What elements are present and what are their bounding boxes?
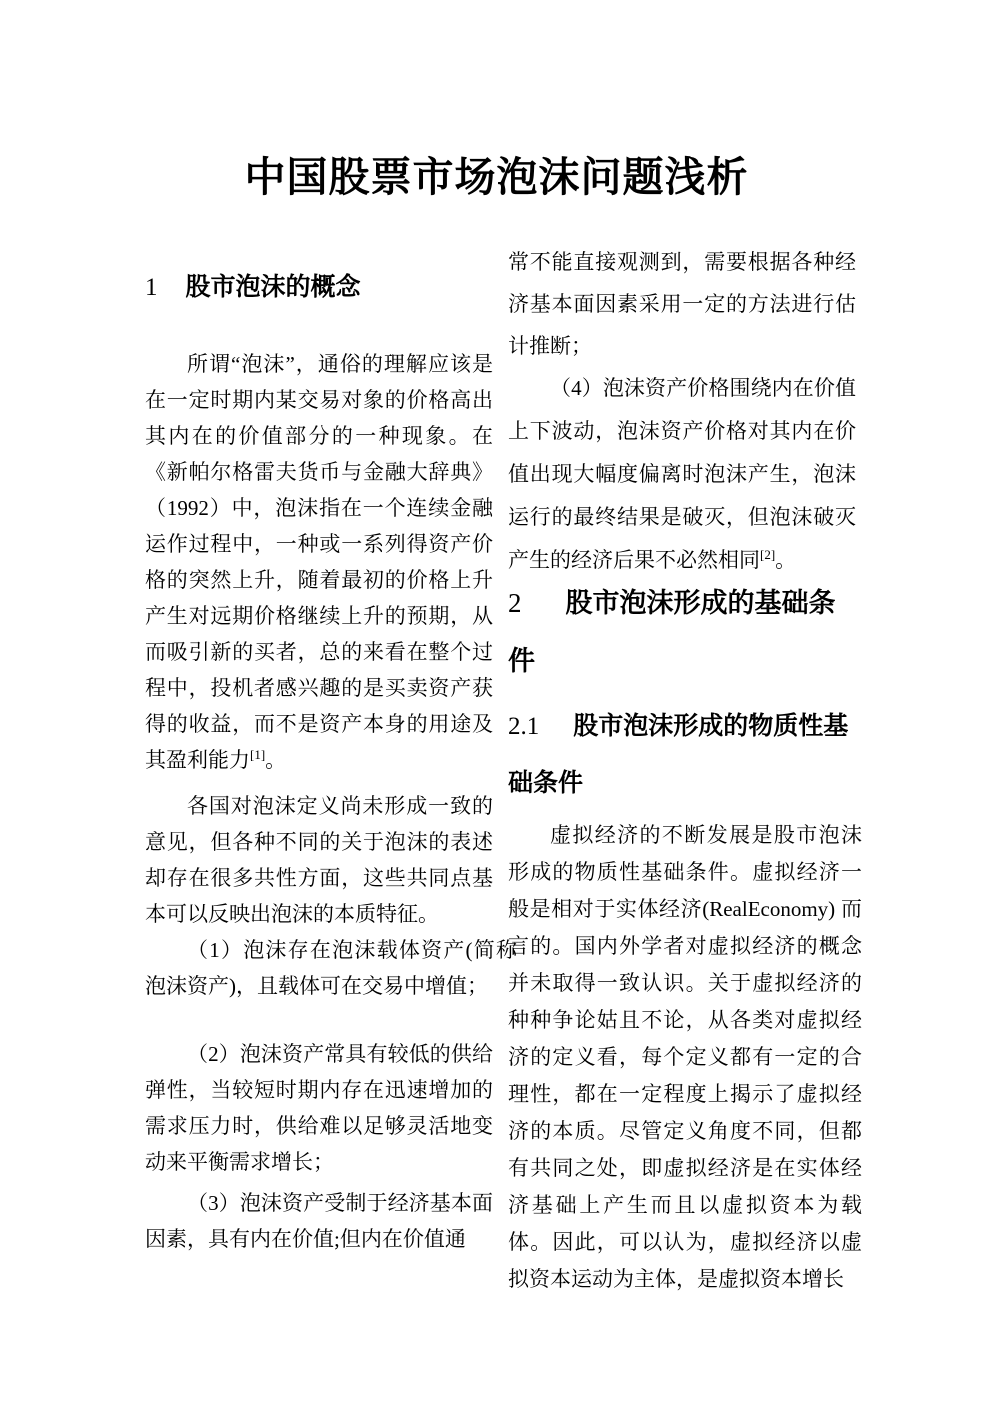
section-2-number: 2 [508,588,522,618]
document-title: 中国股票市场泡沫问题浅析 [0,148,993,206]
paragraph-text-after: 。 [265,748,286,772]
section-2-1-number: 2.1 [508,713,539,740]
section-2-title: 股市泡沫形成的基础条件 [508,588,836,676]
list-item-3: （3）泡沫资产受制于经济基本面因素，具有内在价值;但内在价值通 [145,1185,493,1257]
section-2-heading: 2股市泡沫形成的基础条件 [508,574,856,690]
paragraph-text-after: 。 [775,548,796,572]
list-item-2: （2）泡沫资产常具有较低的供给弹性，当较短时期内存在迅速增加的需求压力时，供给难… [145,1036,493,1180]
section-1-heading: 1股市泡沫的概念 [145,271,493,304]
document-page: 中国股票市场泡沫问题浅析 1股市泡沫的概念 所谓“泡沫”，通俗的理解应该是在一定… [0,0,993,1404]
section-1-title: 股市泡沫的概念 [186,273,361,301]
list-item-3-continuation: 常不能直接观测到，需要根据各种经济基本面因素采用一定的方法进行估计推断； [508,241,856,367]
paragraph-bubble-definition: 所谓“泡沫”，通俗的理解应该是在一定时期内某交易对象的价格高出其内在的价值部分的… [145,346,493,778]
list-item-1: （1）泡沫存在泡沫载体资产(简称泡沫资产)，且载体可在交易中增值； [145,932,517,1004]
section-1-number: 1 [145,274,158,301]
paragraph-common-features: 各国对泡沫定义尚未形成一致的意见，但各种不同的关于泡沫的表述却存在很多共性方面，… [145,788,493,932]
footnote-ref-1: [1] [250,747,265,762]
list-item-4: （4）泡沫资产价格围绕内在价值上下波动，泡沫资产价格对其内在价值出现大幅度偏离时… [508,367,856,582]
section-2-1-heading: 2.1股市泡沫形成的物质性基础条件 [508,698,856,811]
paragraph-text: （4）泡沫资产价格围绕内在价值上下波动，泡沫资产价格对其内在价值出现大幅度偏离时… [508,376,856,572]
footnote-ref-2: [2] [760,547,775,562]
column-left: 1股市泡沫的概念 所谓“泡沫”，通俗的理解应该是在一定时期内某交易对象的价格高出… [145,265,493,1257]
section-2-1-title: 股市泡沫形成的物质性基础条件 [508,712,848,797]
paragraph-text: 所谓“泡沫”，通俗的理解应该是在一定时期内某交易对象的价格高出其内在的价值部分的… [145,352,493,772]
paragraph-virtual-economy: 虚拟经济的不断发展是股市泡沫形成的物质性基础条件。虚拟经济一般是相对于实体经济(… [508,817,862,1298]
column-right: 常不能直接观测到，需要根据各种经济基本面因素采用一定的方法进行估计推断； （4）… [508,241,856,1298]
